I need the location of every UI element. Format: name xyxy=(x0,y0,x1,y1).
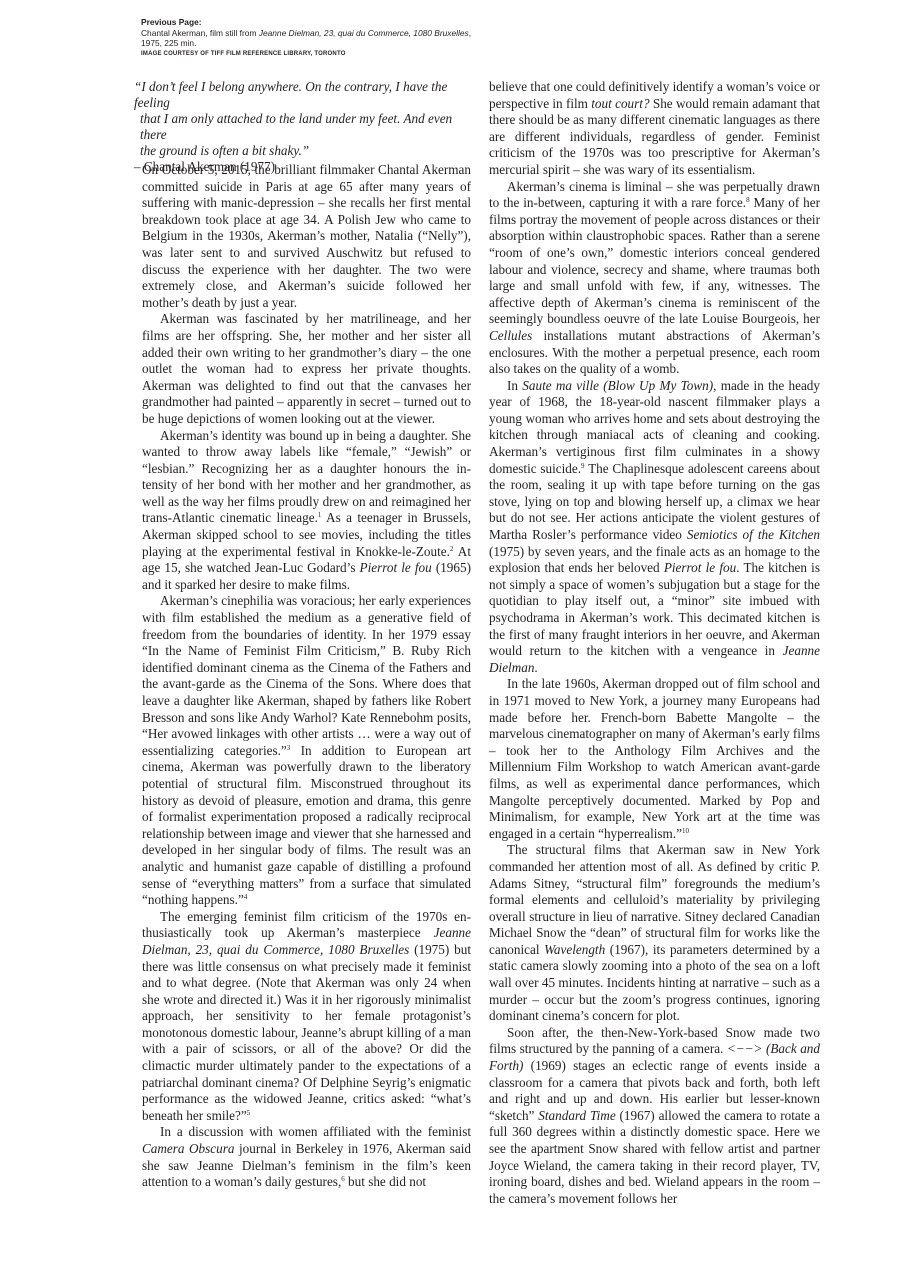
caption-film-title: Jeanne Dielman, 23, quai du Commerce, 10… xyxy=(259,28,469,38)
paragraph: Soon after, the then-New-York-based Snow… xyxy=(489,1025,820,1208)
paragraph: In a discussion with women affiliated wi… xyxy=(142,1124,471,1190)
footnote-marker[interactable]: 4 xyxy=(244,893,248,901)
paragraph: Akerman’s cinephilia was voracious; her … xyxy=(142,593,471,908)
left-column: On October 5, 2015, the brilliant filmma… xyxy=(142,162,471,1191)
epigraph-quote: “I don’t feel I belong anywhere. On the … xyxy=(134,79,474,159)
paragraph: The emerging feminist film criticism of … xyxy=(142,909,471,1125)
paragraph: In the late 1960s, Akerman dropped out o… xyxy=(489,676,820,842)
caption-title: Previous Page: xyxy=(141,17,481,28)
paragraph: believe that one could definitively iden… xyxy=(489,79,820,179)
caption-credit: Image courtesy of TIFF Film Reference Li… xyxy=(141,49,481,60)
caption-text: Chantal Akerman, film still from Jeanne … xyxy=(141,28,481,49)
paragraph: On October 5, 2015, the brilliant filmma… xyxy=(142,162,471,311)
paragraph: The structural films that Akerman saw in… xyxy=(489,842,820,1025)
paragraph: Akerman was fascinated by her matrilinea… xyxy=(142,311,471,427)
image-caption: Previous Page: Chantal Akerman, film sti… xyxy=(141,17,481,59)
paragraph: Akerman’s identity was bound up in being… xyxy=(142,428,471,594)
footnote-marker[interactable]: 5 xyxy=(247,1109,251,1117)
epigraph: “I don’t feel I belong anywhere. On the … xyxy=(134,79,474,175)
right-column: believe that one could definitively iden… xyxy=(489,79,820,1207)
paragraph: Akerman’s cinema is liminal – she was pe… xyxy=(489,179,820,378)
footnote-marker[interactable]: 10 xyxy=(682,827,689,835)
paragraph: In Saute ma ville (Blow Up My Town), mad… xyxy=(489,378,820,677)
